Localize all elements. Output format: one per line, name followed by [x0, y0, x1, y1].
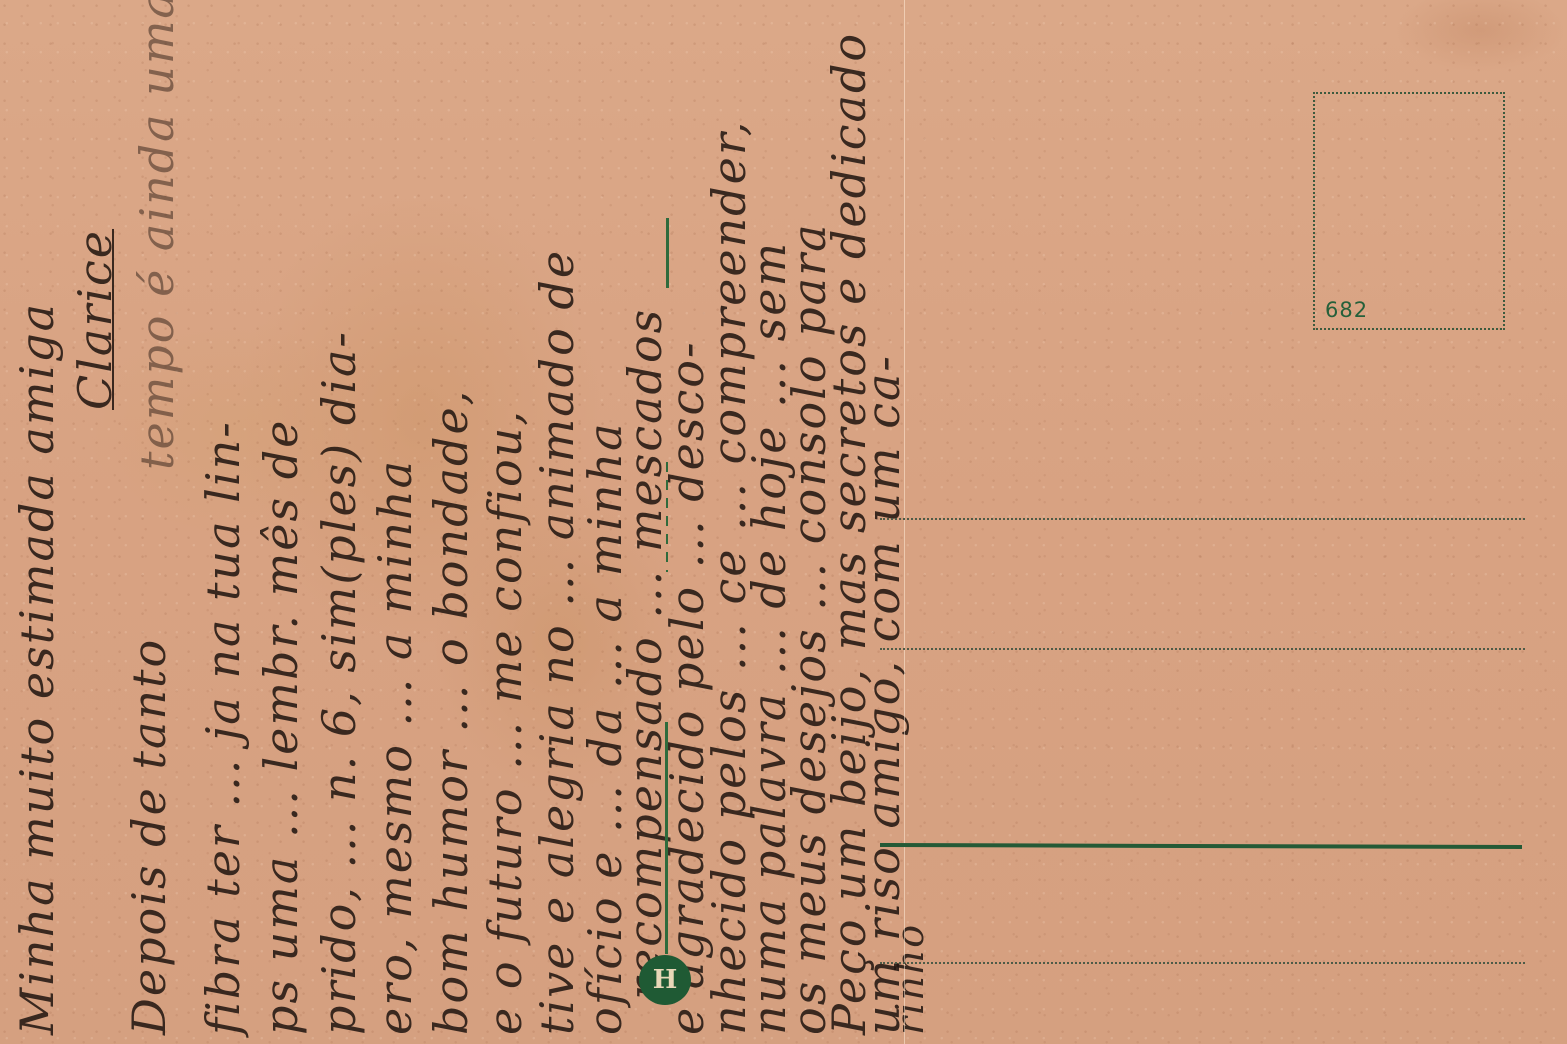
stamp-box-number: 682	[1325, 298, 1368, 322]
handwriting-line-7: ero, mesmo ... a minha	[368, 459, 422, 1035]
address-line-2	[880, 648, 1525, 650]
address-line-3	[880, 843, 1522, 849]
handwriting-line-6: prido, ... n. 6, sim(ples) dia-	[312, 330, 366, 1035]
postcard-back: Minha muito estimada amiga Clarice Depoi…	[0, 0, 1567, 1044]
address-line-4	[880, 962, 1525, 964]
handwriting-line-19: rinho	[888, 923, 932, 1035]
publisher-logo-icon: H	[639, 955, 691, 1005]
stamp-box: 682	[1313, 92, 1505, 330]
handwriting-line-4: fibra ter ... ja na tua lin-	[196, 420, 250, 1035]
handwriting-line-9: e o futuro ... me confiou,	[478, 409, 532, 1035]
center-divider-bottom	[665, 722, 668, 954]
handwriting-line-2: Depois de tanto	[122, 638, 176, 1035]
handwriting-line-1: Minha muito estimada amiga	[10, 302, 64, 1035]
handwriting-line-3: tempo é ainda uma com	[130, 0, 184, 470]
handwriting-line-5: ps uma ... lembr. mês de	[254, 419, 308, 1035]
fold-crease	[904, 0, 905, 1044]
handwriting-line-10: tive e alegria no ... animado de	[530, 249, 584, 1035]
handwriting-line-8: bom humor ... o bondade,	[424, 389, 478, 1035]
center-divider-mid	[666, 462, 668, 572]
center-divider-top	[666, 218, 669, 288]
handwriting-addressee: Clarice	[68, 229, 122, 410]
address-line-1	[880, 518, 1525, 520]
publisher-logo-letter: H	[653, 965, 678, 995]
